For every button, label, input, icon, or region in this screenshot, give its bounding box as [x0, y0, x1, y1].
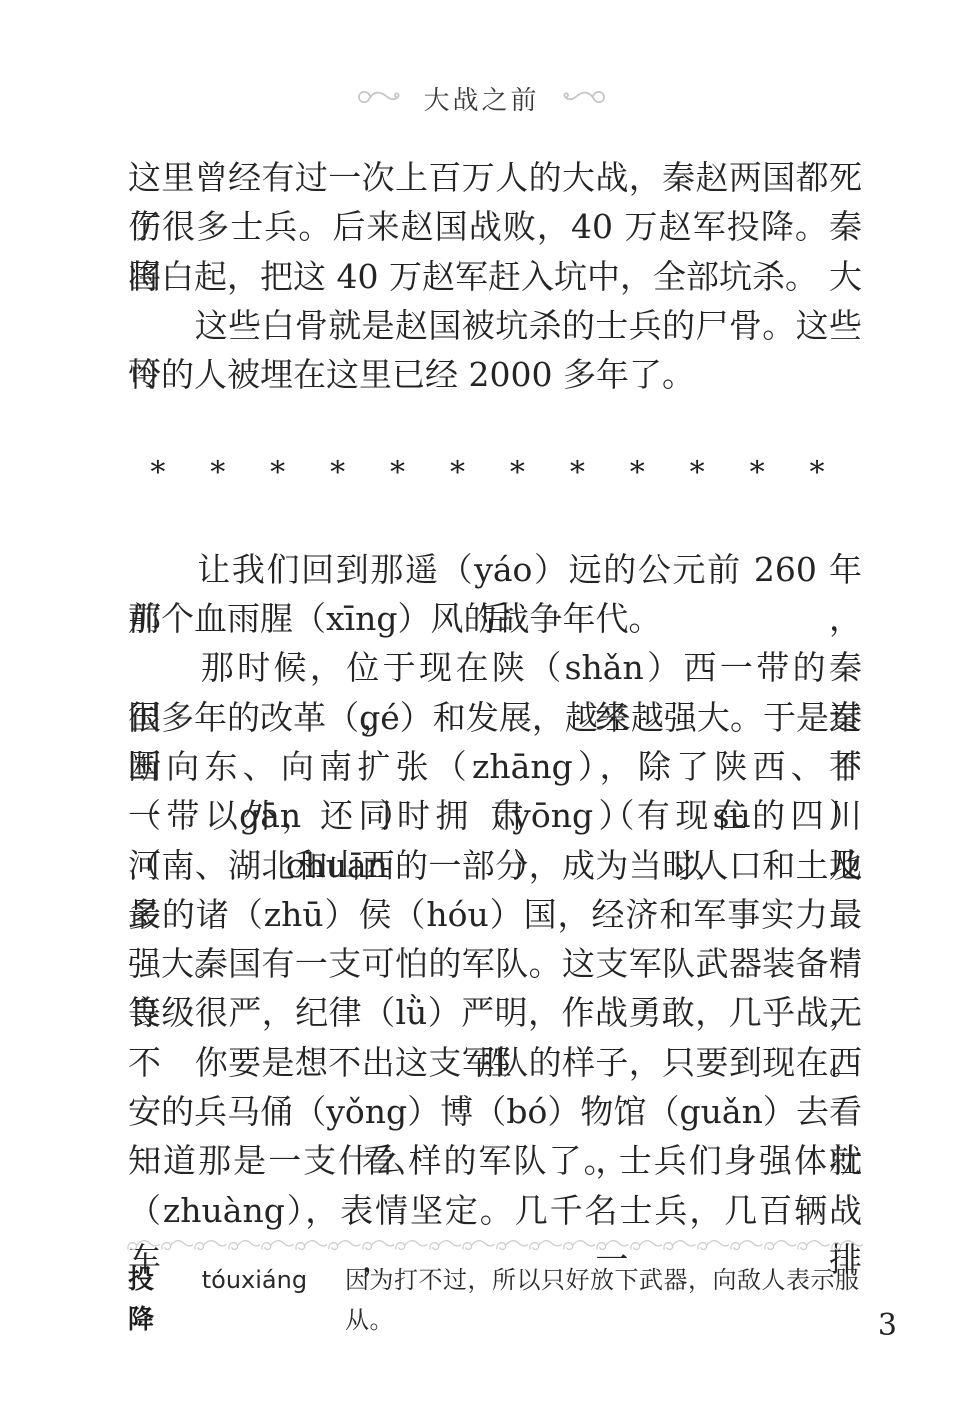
swirl-ornament-right-icon	[560, 87, 608, 111]
book-page: 大战之前 这里曾经有过一次上百万人的大战，秦赵两国都死伤了很多士兵。后来赵国战败…	[0, 0, 963, 1401]
text-line: 将白起，把这 40 万赵军赶入坑中，全部坑杀。	[128, 252, 862, 301]
chapter-title: 大战之前	[423, 80, 539, 117]
footer-border	[126, 1236, 864, 1256]
page-number: 3	[878, 1308, 897, 1343]
text-line: 了很多士兵。后来赵国战败，40 万赵军投降。秦国大	[128, 202, 862, 251]
footnote-definition: 因为打不过，所以只好放下武器，向敌人表示服从。	[345, 1260, 862, 1340]
swirl-ornament-left-icon	[355, 87, 403, 111]
paragraphs-top: 这里曾经有过一次上百万人的大战，秦赵两国都死伤了很多士兵。后来赵国战败，40 万…	[128, 153, 862, 399]
section-separator: ∗ ∗ ∗ ∗ ∗ ∗ ∗ ∗ ∗ ∗ ∗ ∗	[128, 442, 862, 491]
text-line: 很多年的改革（gé）和发展，越来越强大。于是秦国不	[128, 693, 862, 742]
vocabulary-footnote: 投降 tóuxiáng 因为打不过，所以只好放下武器，向敌人表示服从。	[128, 1260, 862, 1340]
footnote-pinyin: tóuxiáng	[202, 1260, 307, 1300]
text-line: 等级很严，纪律（lǜ）严明，作战勇敢，几乎战无不胜。	[128, 988, 862, 1037]
text-line: 秦国有一支可怕的军队。这支军队武器装备精良，	[128, 939, 862, 988]
text-line: 怜的人被埋在这里已经 2000 多年了。	[128, 350, 862, 399]
text-line: 河南、湖北和山西的一部分，成为当时人口和土地最	[128, 841, 862, 890]
text-line: 一带以外，还同时拥（yōng）有现在的四川（chuān）以及	[128, 791, 862, 840]
text-line: 这里曾经有过一次上百万人的大战，秦赵两国都死伤	[128, 153, 862, 202]
chapter-header: 大战之前	[0, 80, 963, 117]
text-line: 多的诸（zhū）侯（hóu）国，经济和军事实力最强大。	[128, 890, 862, 939]
text-line: （zhuàng），表情坚定。几千名士兵，几百辆战车，一排	[128, 1186, 862, 1235]
text-line: 让我们回到那遥（yáo）远的公元前 260 年前后，	[128, 545, 862, 594]
text-line: 知道那是一支什么样的军队了。士兵们身强体壮	[128, 1136, 862, 1185]
footnote-term: 投降	[128, 1260, 176, 1340]
text-line: 你要是想不出这支军队的样子，只要到现在西	[128, 1038, 862, 1087]
text-line: 那时候，位于现在陕（shǎn）西一带的秦国，经过	[128, 643, 862, 692]
paragraphs-bottom: 让我们回到那遥（yáo）远的公元前 260 年前后，那个血雨腥（xīng）风的战…	[128, 545, 862, 1235]
text-line: 断向东、向南扩张（zhāng），除了陕西、甘（gān）肃（sù）	[128, 742, 862, 791]
body-text: 这里曾经有过一次上百万人的大战，秦赵两国都死伤了很多士兵。后来赵国战败，40 万…	[128, 153, 862, 1235]
text-line: 安的兵马俑（yǒng）博（bó）物馆（guǎn）去看一看，就	[128, 1087, 862, 1136]
text-line: 这些白骨就是赵国被坑杀的士兵的尸骨。这些可	[128, 301, 862, 350]
